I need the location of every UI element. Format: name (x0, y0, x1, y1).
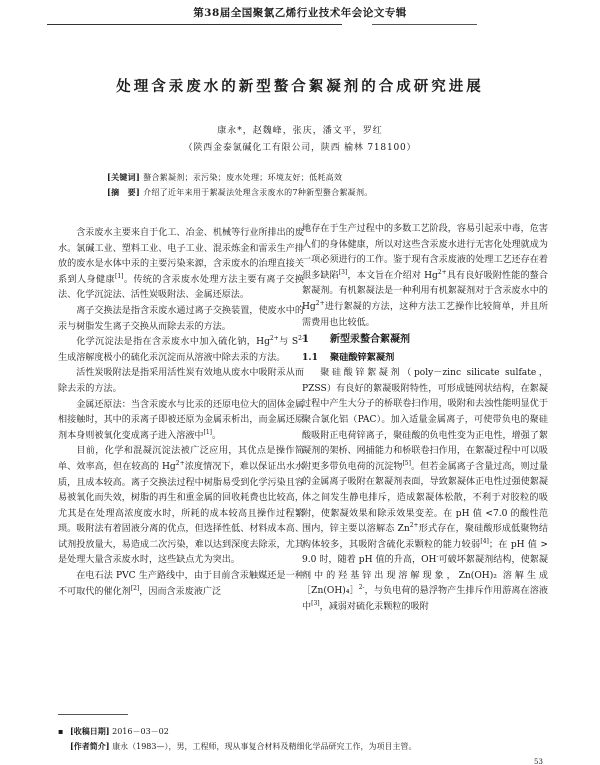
received-date: ▪[收稿日期] 2016－03－02 (58, 724, 416, 739)
authors: 康永*，赵魏峰，张庆，潘文平，罗红 (0, 123, 600, 136)
footnotes: ▪[收稿日期] 2016－03－02 [作者简介] 康永（1983—），男，工程… (58, 724, 416, 754)
abstract-label: [摘 要] (107, 187, 140, 197)
keywords-text: 螯合絮凝剂；汞污染；废水处理；环境友好；低耗高效 (143, 173, 342, 182)
subsection-heading: 1.1聚硅酸锌絮凝剂 (302, 349, 548, 366)
keywords: [关键词]螯合絮凝剂；汞污染；废水处理；环境友好；低耗高效 (107, 172, 342, 183)
section-heading: 1新型汞螯合絮凝剂 (302, 331, 548, 349)
running-head: 第38届全国聚氯乙烯行业技术年会论文专辑 (0, 5, 600, 20)
footnote-rule (58, 714, 128, 715)
paragraph: 化学沉淀法是指在含汞废水中加入硫化钠，Hg2+与 S2-生成溶解度极小的硫化汞沉… (58, 335, 304, 366)
right-column: 地存在于生产过程中的多数工艺阶段，容易引起汞中毒，危害人们的身体健康，所以对这些… (302, 222, 548, 616)
left-column: 含汞废水主要来自于化工、冶金、机械等行业所排出的废水。氯碱工业、塑料工业、电子工… (58, 226, 304, 600)
affiliation: （陕西金泰氯碱化工有限公司，陕西 榆林 718100） (0, 140, 600, 153)
paragraph: 地存在于生产过程中的多数工艺阶段，容易引起汞中毒，危害人们的身体健康，所以对这些… (302, 222, 548, 331)
header-rule (47, 24, 342, 25)
abstract: [摘 要]介绍了近年来用于絮凝法处理含汞废水的7种新型螯合絮凝剂。 (107, 187, 373, 198)
paragraph: 离子交换法是指含汞废水通过离子交换装置，使废水中的汞与树脂发生离子交换从而除去汞… (58, 304, 304, 335)
keywords-label: [关键词] (107, 172, 140, 182)
paragraph: 含汞废水主要来自于化工、冶金、机械等行业所排出的废水。氯碱工业、塑料工业、电子工… (58, 226, 304, 304)
paragraph: 目前，化学和混凝沉淀法被广泛应用，其优点是操作简单、效率高，但在较高的 Hg2+… (58, 444, 304, 569)
paragraph: 在电石法 PVC 生产路线中，由于目前含汞触媒还是一种不可取代的催化剂[2]，因… (58, 569, 304, 600)
header-rule (372, 24, 477, 25)
paragraph: 聚硅酸锌絮凝剂（poly－zinc silicate sulfate，PZSS）… (302, 366, 548, 616)
abstract-text: 介绍了近年来用于絮凝法处理含汞废水的7种新型螯合絮凝剂。 (143, 188, 373, 197)
page-number: 53 (534, 758, 543, 765)
paragraph: 活性炭吸附法是指采用活性炭有效地从废水中吸附汞从而除去汞的方法。 (58, 366, 304, 397)
paragraph: 金属还原法：当含汞废水与比汞的还原电位大的固体金属相接触时，其中的汞离子即被还原… (58, 398, 304, 445)
article-title: 处理含汞废水的新型螯合絮凝剂的合成研究进展 (0, 75, 600, 96)
author-bio: [作者简介] 康永（1983—），男，工程师，现从事复合材料及精细化学品研究工作… (58, 739, 416, 754)
